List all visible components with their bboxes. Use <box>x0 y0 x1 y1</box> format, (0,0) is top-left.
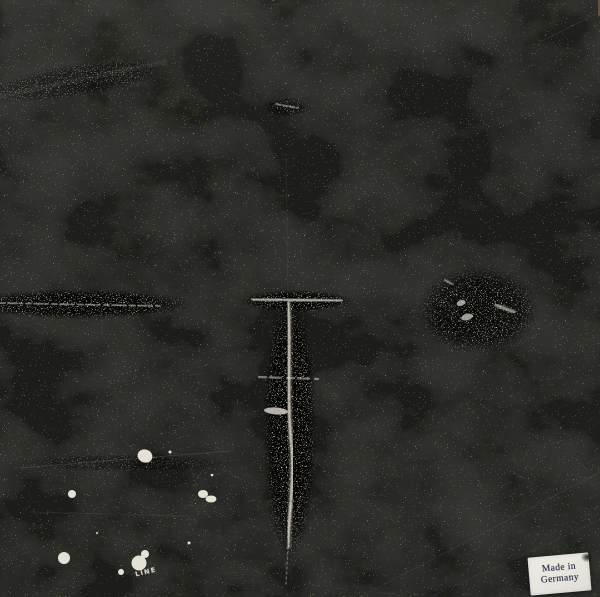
made-in-germany-sticker: Made in Germany <box>527 552 591 595</box>
blob-3a <box>198 490 208 498</box>
sticker-ink-smudge <box>580 553 592 563</box>
speck-1 <box>169 451 172 454</box>
blob-3b <box>206 496 217 503</box>
sleeve-texture-art <box>0 0 600 597</box>
blob-5b <box>141 550 149 558</box>
blob-6 <box>118 569 124 575</box>
speck-4 <box>96 532 98 534</box>
speck-2 <box>188 542 191 545</box>
blob-2 <box>68 490 76 498</box>
record-sleeve-photo: LINE Made in Germany <box>0 0 600 597</box>
t-scuff-horizontal <box>253 299 341 301</box>
blob-4 <box>58 552 70 564</box>
sticker-line-2: Germany <box>540 572 579 587</box>
speck-3 <box>211 474 214 477</box>
